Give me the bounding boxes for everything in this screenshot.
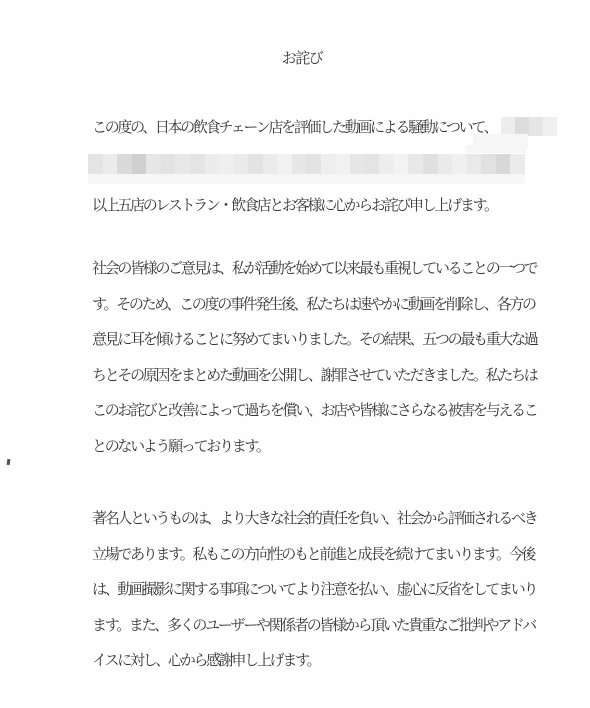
mosaic-tile xyxy=(438,154,453,176)
mosaic-tile xyxy=(394,154,409,176)
text-line: とのないよう願っております。 xyxy=(92,430,562,466)
mosaic-tile xyxy=(132,154,147,176)
text-line: ます。また、多くのユーザーや関係者の皆様から頂いた貴重なご批判やアドバ xyxy=(92,609,562,645)
mosaic-tile xyxy=(263,154,278,176)
mosaic-tile xyxy=(336,154,351,176)
redaction-bleed-below-band xyxy=(88,174,525,184)
mosaic-tile xyxy=(146,154,161,176)
mosaic-tile xyxy=(408,154,423,176)
text-line: 社会の皆様のご意見は、私が活動を始めて以来最も重視していることの一つで xyxy=(92,252,562,288)
line-text: 著名人というものは、より大きな社会的責任を負い、社会から評価されるべき xyxy=(92,511,537,527)
mosaic-tile xyxy=(379,154,394,176)
redaction-bleed-above-band xyxy=(466,145,526,153)
mosaic-tile xyxy=(496,154,511,176)
mosaic-tile xyxy=(452,154,467,176)
line-text: イスに対し、心から感謝申し上げます。 xyxy=(92,653,319,669)
mosaic-tile xyxy=(481,154,496,176)
text-line: 立場であります。私もこの方向性のもと前進と成長を続けてまいります。今後 xyxy=(92,538,562,574)
line-text: 立場であります。私もこの方向性のもと前進と成長を続けてまいります。今後 xyxy=(92,547,534,563)
line-text: このお詫びと改善によって過ちを償い、お店や皆様にさらなる被害を与えるこ xyxy=(92,403,537,419)
text-line: 意見に耳を傾けることに努めてまいりました。その結果、五つの最も重大な過 xyxy=(92,323,562,359)
scanned-apology-letter: お詫び この度の、日本の飲食チェーン店を評価した動画による騒動について、以上五店… xyxy=(0,0,590,708)
mosaic-tile xyxy=(219,154,234,176)
text-line: イスに対し、心から感謝申し上げます。 xyxy=(92,644,562,680)
mosaic-tile xyxy=(205,154,220,176)
mosaic-tile xyxy=(117,154,132,176)
mosaic-tile xyxy=(190,154,205,176)
mosaic-redaction-band xyxy=(88,154,525,176)
text-line: は、動画撮影に関する事項についてより注意を払い、虚心に反省をしてまいり xyxy=(92,573,562,609)
paragraph-apology-intro: この度の、日本の飲食チェーン店を評価した動画による騒動について、以上五店のレスト… xyxy=(92,111,562,225)
text-line: す。そのため、この度の事件発生後、私たちは速やかに動画を削除し、各方の xyxy=(92,288,562,324)
mosaic-tile xyxy=(88,154,103,176)
mosaic-tile xyxy=(234,154,249,176)
line-text: す。そのため、この度の事件発生後、私たちは速やかに動画を削除し、各方の xyxy=(92,297,535,313)
line-text: ます。また、多くのユーザーや関係者の皆様から頂いた貴重なご批判やアドバ xyxy=(92,618,535,634)
text-line: 以上五店のレストラン・飲食店とお客様に心からお詫び申し上げます。 xyxy=(92,189,562,225)
mosaic-tile xyxy=(161,154,176,176)
mosaic-tile xyxy=(423,154,438,176)
mosaic-tile xyxy=(467,154,482,176)
text-line: ちとその原因をまとめた動画を公開し、謝罪させていただきました。私たちは xyxy=(92,359,562,395)
text-line: このお詫びと改善によって過ちを償い、お店や皆様にさらなる被害を与えるこ xyxy=(92,394,562,430)
mosaic-tile xyxy=(175,154,190,176)
text-line: 著名人というものは、より大きな社会的責任を負い、社会から評価されるべき xyxy=(92,502,562,538)
mosaic-tile xyxy=(365,154,380,176)
mosaic-tile xyxy=(248,154,263,176)
paragraph-reflection-thanks: 著名人というものは、より大きな社会的責任を負い、社会から評価されるべき立場であり… xyxy=(92,502,562,680)
line-text: 意見に耳を傾けることに努めてまいりました。その結果、五つの最も重大な過 xyxy=(92,332,537,348)
mosaic-tile xyxy=(306,154,321,176)
line-text: は、動画撮影に関する事項についてより注意を払い、虚心に反省をしてまいり xyxy=(92,582,536,598)
line-text: 以上五店のレストラン・飲食店とお客様に心からお詫び申し上げます。 xyxy=(92,198,497,214)
line-text: ちとその原因をまとめた動画を公開し、謝罪させていただきました。私たちは xyxy=(92,368,537,384)
mosaic-tile xyxy=(543,117,557,136)
paragraph-response-actions: 社会の皆様のご意見は、私が活動を始めて以来最も重視していることの一つです。そのた… xyxy=(92,252,562,466)
document-title: お詫び xyxy=(0,47,590,68)
mosaic-tile xyxy=(277,154,292,176)
mosaic-tile xyxy=(529,117,543,136)
scan-artifact-speck xyxy=(7,459,11,465)
line-text: この度の、日本の飲食チェーン店を評価した動画による騒動について、 xyxy=(92,120,496,136)
mosaic-tile xyxy=(292,154,307,176)
mosaic-tile xyxy=(321,154,336,176)
mosaic-tile xyxy=(103,154,118,176)
line-text: とのないよう願っております。 xyxy=(92,439,269,455)
mosaic-tile xyxy=(350,154,365,176)
mosaic-tile xyxy=(510,154,525,176)
line-text: 社会の皆様のご意見は、私が活動を始めて以来最も重視していることの一つで xyxy=(92,261,537,277)
